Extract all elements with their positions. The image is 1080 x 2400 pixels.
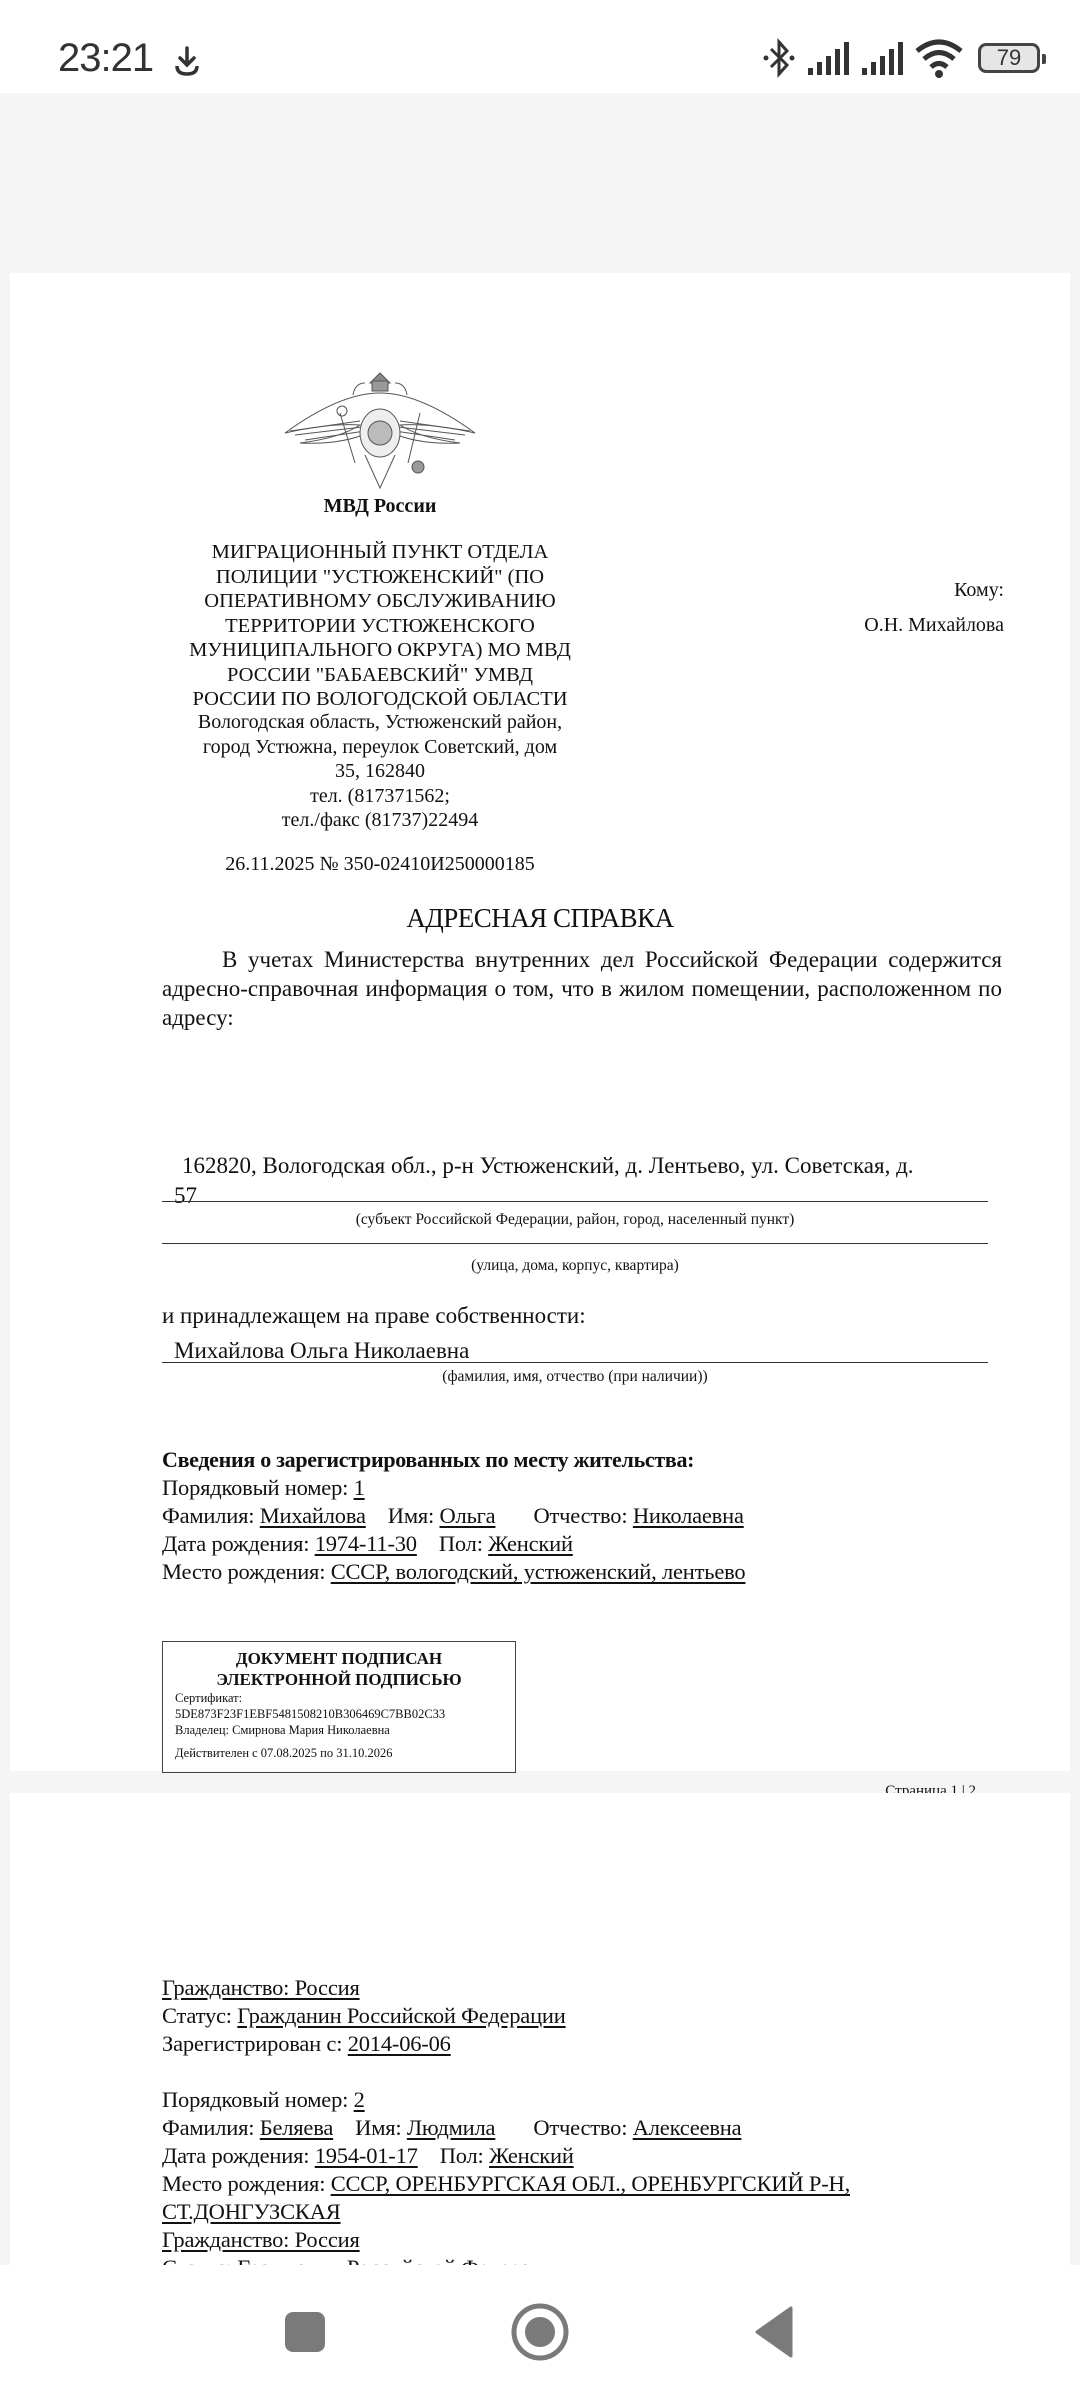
home-icon <box>510 2302 570 2362</box>
person-1-registered: Зарегистрирован с: 2014-06-06 <box>162 2031 451 2057</box>
owner-underline <box>162 1362 988 1363</box>
recents-button[interactable] <box>275 2302 335 2362</box>
address-line: город Устюжна, переулок Советский, дом <box>170 735 590 760</box>
label: Дата рождения: <box>162 1531 315 1556</box>
person-1-citizenship: Гражданство: Россия <box>162 1975 360 2001</box>
address-value-line2: 57 <box>162 1183 988 1209</box>
e-signature-stamp: ДОКУМЕНТ ПОДПИСАН ЭЛЕКТРОННОЙ ПОДПИСЬЮ С… <box>162 1641 516 1773</box>
sex-value: Женский <box>489 2143 574 2168</box>
signal-icon <box>860 40 904 76</box>
status-bar: 23:21 79 <box>0 0 1080 93</box>
person-1-pob: Место рождения: СССР, вологодский, устюж… <box>162 1559 745 1585</box>
organization-address: Вологодская область, Устюженский район, … <box>170 710 590 833</box>
download-icon <box>172 44 202 78</box>
status-time: 23:21 <box>58 36 153 81</box>
label: Место рождения: <box>162 1559 331 1584</box>
name-value: Ольга <box>440 1503 496 1528</box>
address-value-line1: 162820, Вологодская обл., р-н Устюженски… <box>162 1153 988 1179</box>
document-page-1: МВД России МИГРАЦИОННЫЙ ПУНКТ ОТДЕЛА ПОЛ… <box>10 273 1070 1771</box>
mvd-emblem-icon <box>280 363 480 493</box>
person-2-fio: Фамилия: БеляеваИмя: ЛюдмилаОтчество: Ал… <box>162 2115 741 2141</box>
org-line: ОПЕРАТИВНОМУ ОБСЛУЖИВАНИЮ <box>170 589 590 614</box>
recipient-name: О.Н. Михайлова <box>864 608 1004 643</box>
pob-value: СССР, ОРЕНБУРГСКАЯ ОБЛ., ОРЕНБУРГСКИЙ Р-… <box>331 2171 850 2196</box>
label: Имя: <box>355 2115 407 2140</box>
label: Имя: <box>388 1503 440 1528</box>
pob-value: СССР, вологодский, устюженский, лентьево <box>331 1559 746 1584</box>
person-2-pob-cont: СТ.ДОНГУЗСКАЯ <box>162 2199 341 2225</box>
back-button[interactable] <box>745 2302 805 2362</box>
owner-name: Михайлова Ольга Николаевна <box>162 1338 988 1364</box>
label: Пол: <box>440 2143 489 2168</box>
intro-paragraph: В учетах Министерства внутренних дел Рос… <box>162 945 1002 1032</box>
person-1-number: Порядковый номер: 1 <box>162 1475 365 1501</box>
org-line: МИГРАЦИОННЫЙ ПУНКТ ОТДЕЛА <box>170 540 590 565</box>
person-2-status: Статус: Гражданин Российской Федерации <box>162 2255 566 2265</box>
cert-label: Сертификат: <box>175 1690 503 1706</box>
person-2-citizenship: Гражданство: Россия <box>162 2227 360 2253</box>
battery-level: 79 <box>997 45 1021 71</box>
label: Фамилия: <box>162 1503 260 1528</box>
intro-text: В учетах Министерства внутренних дел Рос… <box>162 947 1002 1030</box>
caption-subject: (субъект Российской Федерации, район, го… <box>162 1211 988 1229</box>
surname-value: Михайлова <box>260 1503 366 1528</box>
label: Фамилия: <box>162 2115 260 2140</box>
signal-icon <box>806 40 850 76</box>
recipient-label: Кому: <box>864 573 1004 608</box>
person-2-dob: Дата рождения: 1954-01-17Пол: Женский <box>162 2143 574 2169</box>
organization-name: МИГРАЦИОННЫЙ ПУНКТ ОТДЕЛА ПОЛИЦИИ "УСТЮЖ… <box>170 540 590 712</box>
bluetooth-icon <box>762 36 796 80</box>
org-line: МУНИЦИПАЛЬНОГО ОКРУГА) МО МВД <box>170 638 590 663</box>
cert-value: 5DE873F23F1EBF5481508210B306469C7BB02C33 <box>175 1706 503 1722</box>
battery-icon: 79 <box>978 43 1040 73</box>
dob-value: 1974-11-30 <box>315 1531 417 1556</box>
back-icon <box>753 2305 797 2359</box>
system-nav-bar <box>0 2265 1080 2400</box>
signature-title: ДОКУМЕНТ ПОДПИСАН <box>175 1648 503 1669</box>
value: 1 <box>354 1475 365 1500</box>
org-line: РОССИИ ПО ВОЛОГОДСКОЙ ОБЛАСТИ <box>170 687 590 712</box>
signature-validity: Действителен с 07.08.2025 по 31.10.2026 <box>175 1746 503 1761</box>
registered-value: 2014-06-06 <box>348 2031 451 2056</box>
surname-value: Беляева <box>260 2115 333 2140</box>
status-value: Гражданин Российской Федерации <box>237 2255 565 2265</box>
ownership-label: и принадлежащем на праве собственности: <box>162 1303 988 1329</box>
wifi-icon <box>914 37 964 79</box>
home-button[interactable] <box>510 2302 570 2362</box>
org-line: ТЕРРИТОРИИ УСТЮЖЕНСКОГО <box>170 614 590 639</box>
caption-fio: (фамилия, имя, отчество (при наличии)) <box>162 1368 988 1386</box>
caption-street: (улица, дома, корпус, квартира) <box>162 1257 988 1275</box>
label: Порядковый номер: <box>162 2087 354 2112</box>
patronymic-value: Алексеевна <box>633 2115 742 2140</box>
sex-value: Женский <box>488 1531 573 1556</box>
street-underline <box>162 1243 988 1244</box>
label: Зарегистрирован с: <box>162 2031 348 2056</box>
label: Статус: <box>162 2255 237 2265</box>
name-value: Людмила <box>407 2115 495 2140</box>
phone-line: тел. (817371562; <box>170 784 590 809</box>
person-2-pob: Место рождения: СССР, ОРЕНБУРГСКАЯ ОБЛ.,… <box>162 2171 850 2197</box>
label: Дата рождения: <box>162 2143 315 2168</box>
value: 2 <box>354 2087 365 2112</box>
registered-section-title: Сведения о зарегистрированных по месту ж… <box>162 1447 694 1473</box>
label: Место рождения: <box>162 2171 331 2196</box>
org-line: ПОЛИЦИИ "УСТЮЖЕНСКИЙ" (ПО <box>170 565 590 590</box>
org-line: РОССИИ "БАБАЕВСКИЙ" УМВД <box>170 663 590 688</box>
document-viewer[interactable]: МВД России МИГРАЦИОННЫЙ ПУНКТ ОТДЕЛА ПОЛ… <box>0 93 1080 2265</box>
label: Статус: <box>162 2003 237 2028</box>
document-page-2: Гражданство: Россия Статус: Гражданин Ро… <box>10 1793 1070 2265</box>
recents-icon <box>283 2310 327 2354</box>
label: Отчество: <box>533 1503 632 1528</box>
label: Отчество: <box>533 2115 632 2140</box>
address-line: 35, 162840 <box>170 759 590 784</box>
address-line: Вологодская область, Устюженский район, <box>170 710 590 735</box>
recipient-block: Кому: О.Н. Михайлова <box>864 573 1004 643</box>
person-1-dob: Дата рождения: 1974-11-30Пол: Женский <box>162 1531 573 1557</box>
fax-line: тел./факс (81737)22494 <box>170 808 590 833</box>
label: Порядковый номер: <box>162 1475 354 1500</box>
person-1-status: Статус: Гражданин Российской Федерации <box>162 2003 566 2029</box>
document-title: АДРЕСНАЯ СПРАВКА <box>10 903 1070 934</box>
agency-name: МВД России <box>170 495 590 518</box>
patronymic-value: Николаевна <box>633 1503 744 1528</box>
person-2-number: Порядковый номер: 2 <box>162 2087 365 2113</box>
signature-title: ЭЛЕКТРОННОЙ ПОДПИСЬЮ <box>175 1669 503 1690</box>
address-underline <box>162 1201 988 1202</box>
status-value: Гражданин Российской Федерации <box>237 2003 565 2028</box>
document-number: 26.11.2025 № 350-02410И250000185 <box>170 853 590 876</box>
label: Пол: <box>439 1531 488 1556</box>
dob-value: 1954-01-17 <box>315 2143 418 2168</box>
person-1-fio: Фамилия: МихайловаИмя: ОльгаОтчество: Ни… <box>162 1503 744 1529</box>
signature-owner: Владелец: Смирнова Мария Николаевна <box>175 1722 503 1738</box>
